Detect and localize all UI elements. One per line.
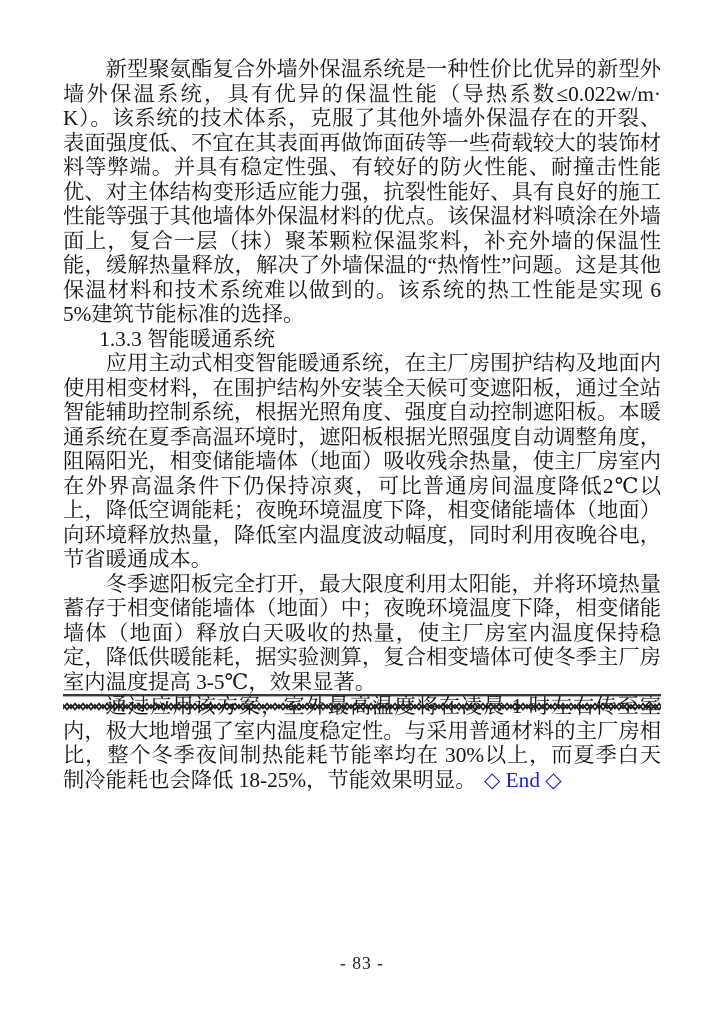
paragraph-insulation-system: 新型聚氨酯复合外墙外保温系统是一种性价比优异的新型外墙外保温系统，具有优异的保温… <box>63 57 661 327</box>
document-page: 新型聚氨酯复合外墙外保温系统是一种性价比优异的新型外墙外保温系统，具有优异的保温… <box>0 0 724 1024</box>
section-heading-1-3-3: 1.3.3 智能暖通系统 <box>63 327 661 352</box>
end-marker: ◇ End ◇ <box>484 768 562 792</box>
separator-wavy-line <box>63 694 661 712</box>
document-body: 新型聚氨酯复合外墙外保温系统是一种性价比优异的新型外墙外保温系统，具有优异的保温… <box>63 57 661 792</box>
wavy-divider-icon <box>63 694 661 712</box>
paragraph-hvac-summer: 应用主动式相变智能暖通系统，在主厂房围护结构及地面内使用相变材料，在围护结构外安… <box>63 351 661 572</box>
page-number: - 83 - <box>0 952 724 974</box>
paragraph-hvac-winter: 冬季遮阳板完全打开，最大限度利用太阳能，并将环境热量蓄存于相变储能墙体（地面）中… <box>63 572 661 695</box>
